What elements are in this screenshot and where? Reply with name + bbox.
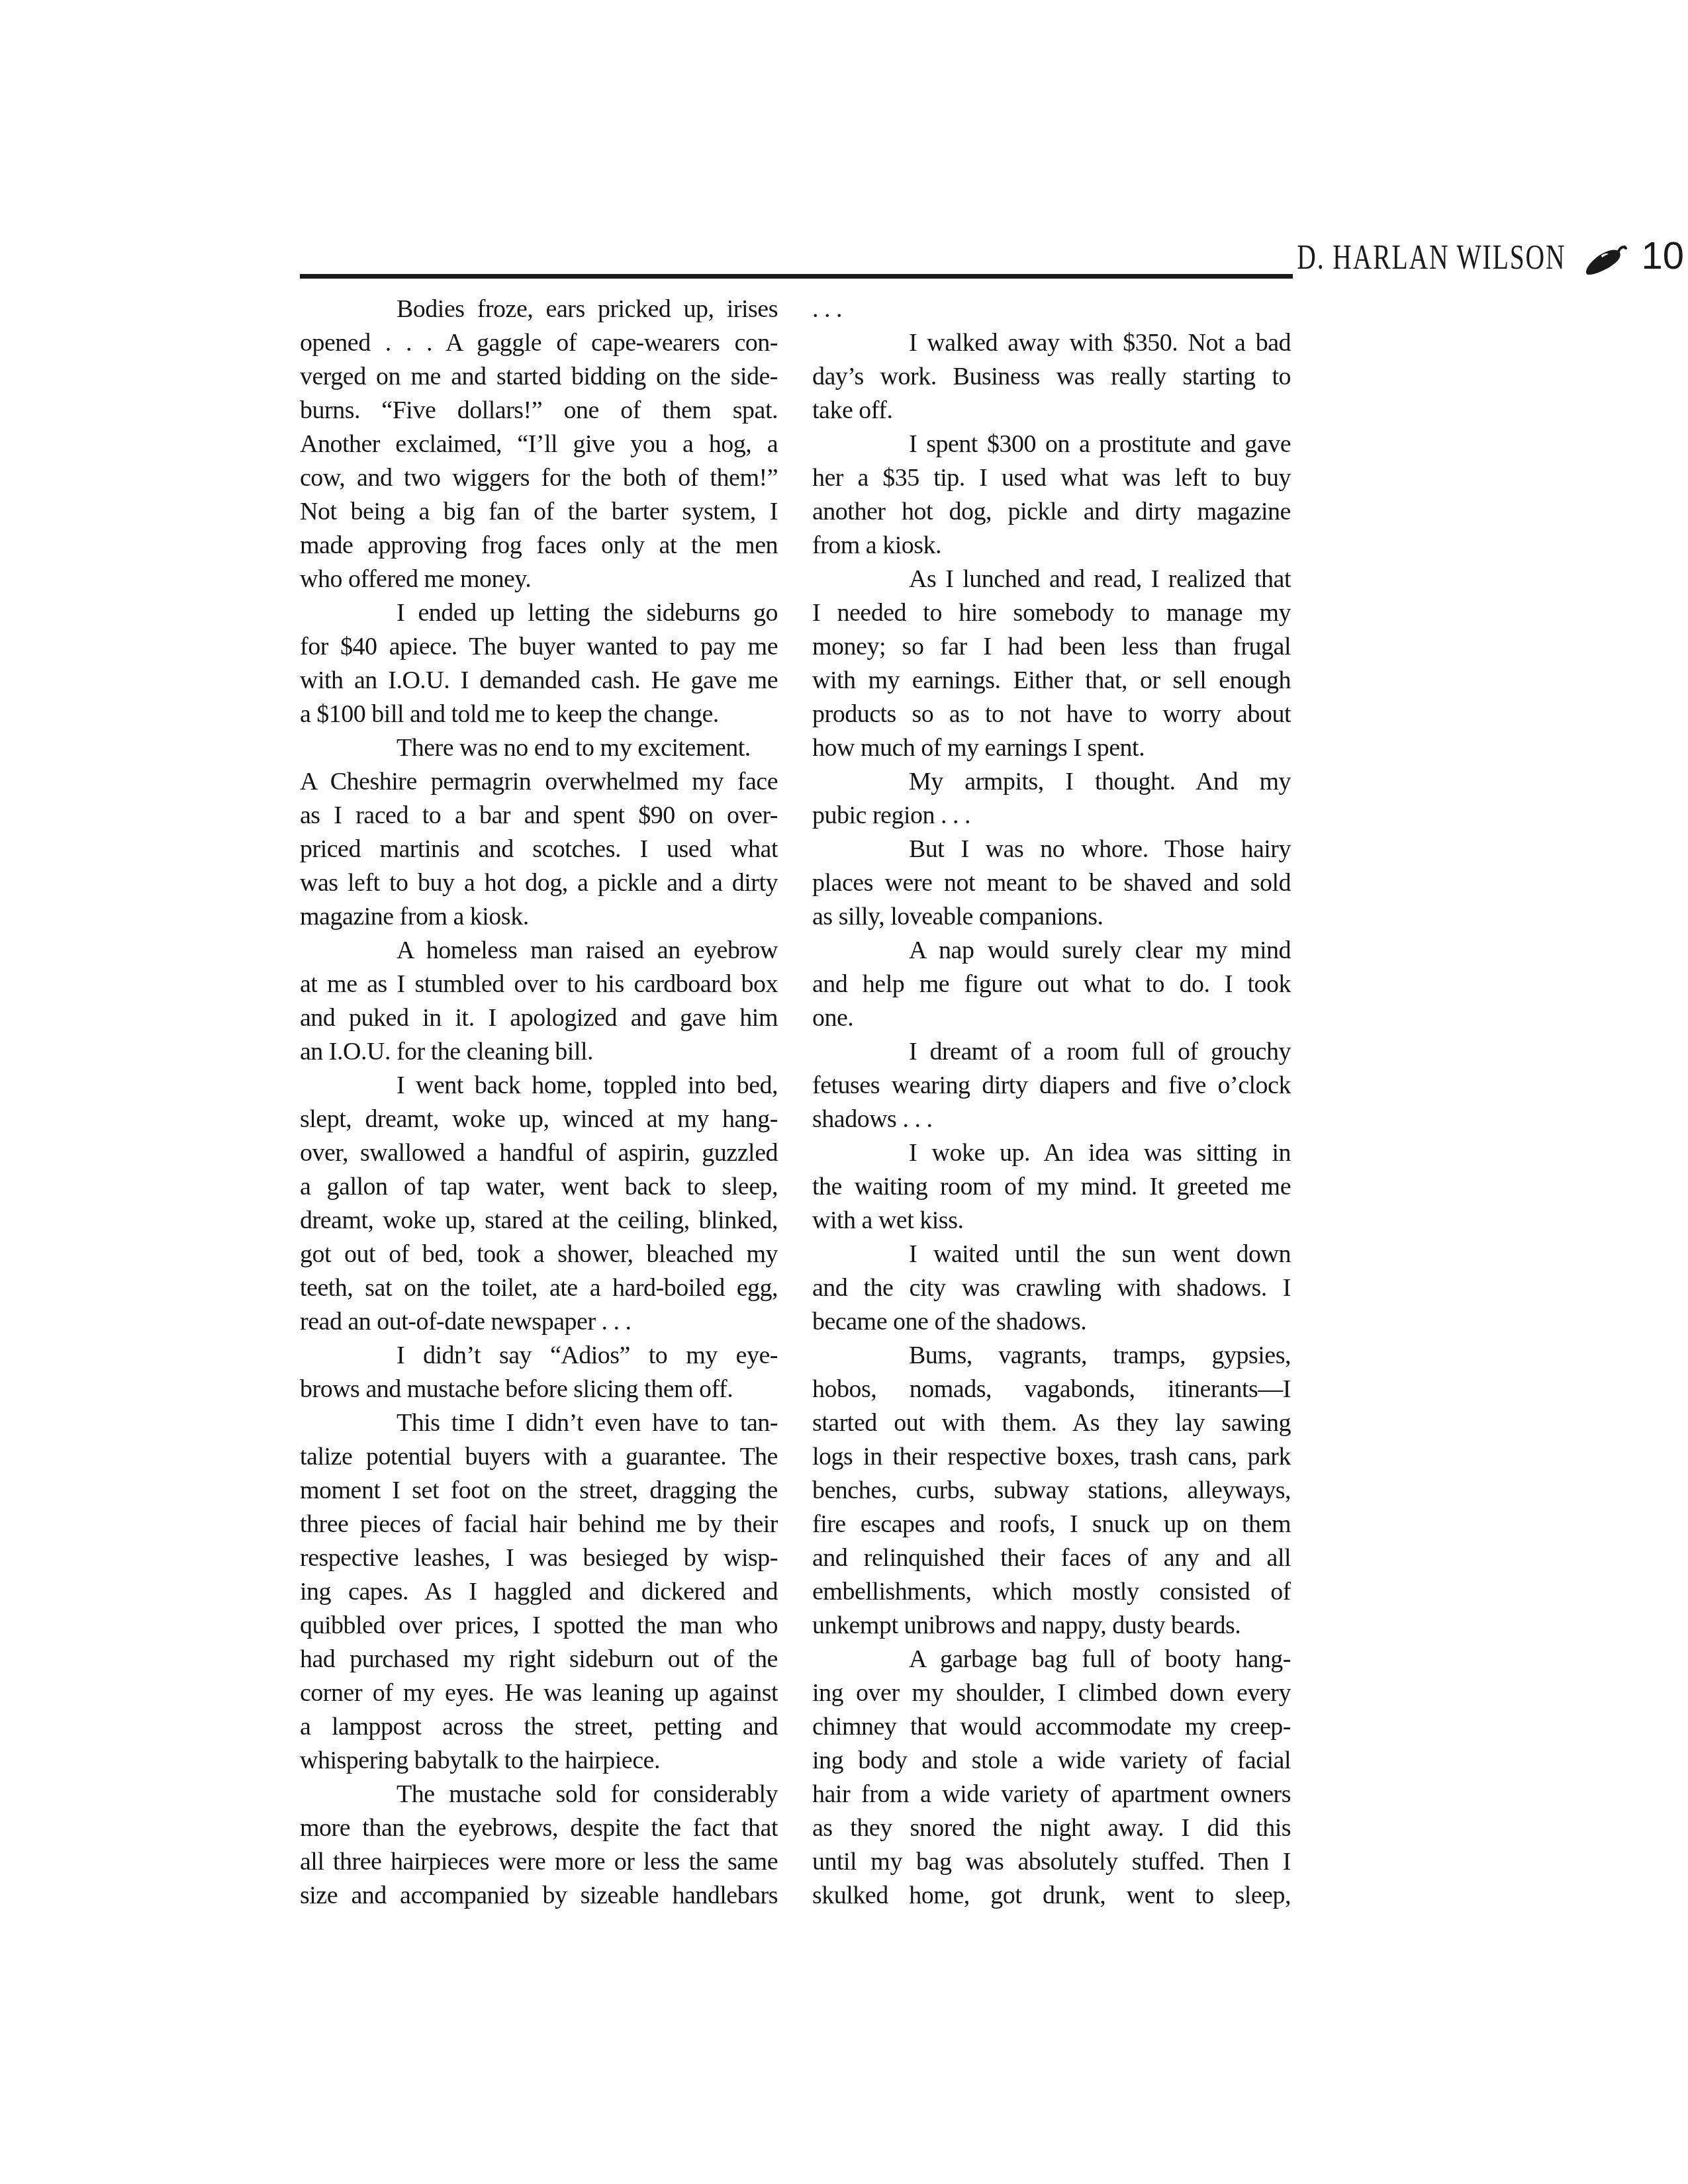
text-line: A garbage bag full of booty hang- bbox=[812, 1643, 1291, 1676]
text-line: skulked home, got drunk, went to sleep, bbox=[812, 1879, 1291, 1913]
text-line: shadows . . . bbox=[812, 1103, 1291, 1136]
text-line: corner of my eyes. He was leaning up aga… bbox=[300, 1676, 778, 1710]
text-line: got out of bed, took a shower, bleached … bbox=[300, 1238, 778, 1271]
text-line: until my bag was absolutely stuffed. The… bbox=[812, 1845, 1291, 1879]
text-line: and relinquished their faces of any and … bbox=[812, 1541, 1291, 1575]
text-line: I waited until the sun went down bbox=[812, 1238, 1291, 1271]
text-line: I needed to hire somebody to manage my bbox=[812, 596, 1291, 630]
text-line: as I raced to a bar and spent $90 on ove… bbox=[300, 799, 778, 833]
text-line: respective leashes, I was besieged by wi… bbox=[300, 1541, 778, 1575]
text-line: and help me figure out what to do. I too… bbox=[812, 968, 1291, 1001]
text-line: more than the eyebrows, despite the fact… bbox=[300, 1811, 778, 1845]
text-line: embellishments, which mostly consisted o… bbox=[812, 1575, 1291, 1609]
text-column-left: Bodies froze, ears pricked up, irisesope… bbox=[300, 293, 778, 1913]
text-line: the waiting room of my mind. It greeted … bbox=[812, 1170, 1291, 1204]
text-line: I dreamt of a room full of grouchy bbox=[812, 1035, 1291, 1069]
text-line: had purchased my right sideburn out of t… bbox=[300, 1643, 778, 1676]
text-line: The mustache sold for considerably bbox=[300, 1778, 778, 1811]
header-rule bbox=[300, 274, 1293, 279]
text-line: . . . bbox=[812, 293, 1291, 326]
text-line: teeth, sat on the toilet, ate a hard-boi… bbox=[300, 1271, 778, 1305]
book-page: D. HARLAN WILSON 10 Bodies froze, ears p… bbox=[0, 0, 1688, 2184]
text-line: pubic region . . . bbox=[812, 799, 1291, 833]
text-line: cow, and two wiggers for the both of the… bbox=[300, 461, 778, 495]
text-line: ing capes. As I haggled and dickered and bbox=[300, 1575, 778, 1609]
text-line: logs in their respective boxes, trash ca… bbox=[812, 1440, 1291, 1474]
text-line: But I was no whore. Those hairy bbox=[812, 833, 1291, 866]
text-line: who offered me money. bbox=[300, 563, 778, 596]
text-line: benches, curbs, subway stations, alleywa… bbox=[812, 1474, 1291, 1508]
text-line: I spent $300 on a prostitute and gave bbox=[812, 428, 1291, 461]
text-line: and puked in it. I apologized and gave h… bbox=[300, 1001, 778, 1035]
text-line: became one of the shadows. bbox=[812, 1305, 1291, 1339]
text-line: talize potential buyers with a guarantee… bbox=[300, 1440, 778, 1474]
text-line: I walked away with $350. Not a bad bbox=[812, 326, 1291, 360]
page-number: 10 bbox=[1641, 237, 1684, 275]
text-line: chimney that would accommodate my creep- bbox=[812, 1710, 1291, 1744]
text-line: slept, dreamt, woke up, winced at my han… bbox=[300, 1103, 778, 1136]
text-line: a $100 bill and told me to keep the chan… bbox=[300, 698, 778, 731]
text-line: with a wet kiss. bbox=[812, 1204, 1291, 1238]
text-line: products so as to not have to worry abou… bbox=[812, 698, 1291, 731]
text-line: I woke up. An idea was sitting in bbox=[812, 1136, 1291, 1170]
text-line: I ended up letting the sideburns go bbox=[300, 596, 778, 630]
text-line: Bums, vagrants, tramps, gypsies, bbox=[812, 1339, 1291, 1373]
text-line: at me as I stumbled over to his cardboar… bbox=[300, 968, 778, 1001]
text-line: size and accompanied by sizeable handleb… bbox=[300, 1879, 778, 1913]
text-line: brows and mustache before slicing them o… bbox=[300, 1373, 778, 1406]
text-line: another hot dog, pickle and dirty magazi… bbox=[812, 495, 1291, 529]
text-line: places were not meant to be shaved and s… bbox=[812, 866, 1291, 900]
text-line: with my earnings. Either that, or sell e… bbox=[812, 664, 1291, 698]
text-line: priced martinis and scotches. I used wha… bbox=[300, 833, 778, 866]
text-line: with an I.O.U. I demanded cash. He gave … bbox=[300, 664, 778, 698]
text-line: whispering babytalk to the hairpiece. bbox=[300, 1744, 778, 1778]
page-header-author: D. HARLAN WILSON bbox=[1297, 241, 1566, 275]
text-line: A nap would surely clear my mind bbox=[812, 934, 1291, 968]
text-line: quibbled over prices, I spotted the man … bbox=[300, 1609, 778, 1643]
text-line: was left to buy a hot dog, a pickle and … bbox=[300, 866, 778, 900]
text-line: hobos, nomads, vagabonds, itinerants—I bbox=[812, 1373, 1291, 1406]
text-line: dreamt, woke up, stared at the ceiling, … bbox=[300, 1204, 778, 1238]
text-line: a gallon of tap water, went back to slee… bbox=[300, 1170, 778, 1204]
text-line: over, swallowed a handful of aspirin, gu… bbox=[300, 1136, 778, 1170]
text-line: A homeless man raised an eyebrow bbox=[300, 934, 778, 968]
text-line: a lamppost across the street, petting an… bbox=[300, 1710, 778, 1744]
text-line: three pieces of facial hair behind me by… bbox=[300, 1508, 778, 1541]
text-line: moment I set foot on the street, draggin… bbox=[300, 1474, 778, 1508]
text-line: all three hairpieces were more or less t… bbox=[300, 1845, 778, 1879]
text-line: Not being a big fan of the barter system… bbox=[300, 495, 778, 529]
text-line: take off. bbox=[812, 394, 1291, 428]
text-line: I didn’t say “Adios” to my eye- bbox=[300, 1339, 778, 1373]
text-line: unkempt unibrows and nappy, dusty beards… bbox=[812, 1609, 1291, 1643]
text-line: as they snored the night away. I did thi… bbox=[812, 1811, 1291, 1845]
text-line: My armpits, I thought. And my bbox=[812, 765, 1291, 799]
text-line: and the city was crawling with shadows. … bbox=[812, 1271, 1291, 1305]
text-line: Another exclaimed, “I’ll give you a hog,… bbox=[300, 428, 778, 461]
text-line: This time I didn’t even have to tan- bbox=[300, 1406, 778, 1440]
text-line: from a kiosk. bbox=[812, 529, 1291, 563]
text-line: made approving frog faces only at the me… bbox=[300, 529, 778, 563]
text-line: an I.O.U. for the cleaning bill. bbox=[300, 1035, 778, 1069]
text-line: ing over my shoulder, I climbed down eve… bbox=[812, 1676, 1291, 1710]
text-line: As I lunched and read, I realized that bbox=[812, 563, 1291, 596]
text-line: read an out-of-date newspaper . . . bbox=[300, 1305, 778, 1339]
text-line: one. bbox=[812, 1001, 1291, 1035]
text-line: There was no end to my excitement. bbox=[300, 731, 778, 765]
text-line: I went back home, toppled into bed, bbox=[300, 1069, 778, 1103]
text-line: verged on me and started bidding on the … bbox=[300, 360, 778, 394]
text-line: burns. “Five dollars!” one of them spat. bbox=[300, 394, 778, 428]
text-line: day’s work. Business was really starting… bbox=[812, 360, 1291, 394]
text-column-right: . . .I walked away with $350. Not a badd… bbox=[812, 293, 1291, 1913]
text-line: fire escapes and roofs, I snuck up on th… bbox=[812, 1508, 1291, 1541]
text-line: Bodies froze, ears pricked up, irises bbox=[300, 293, 778, 326]
text-line: A Cheshire permagrin overwhelmed my face bbox=[300, 765, 778, 799]
text-line: opened . . . A gaggle of cape-wearers co… bbox=[300, 326, 778, 360]
text-line: ing body and stole a wide variety of fac… bbox=[812, 1744, 1291, 1778]
text-line: hair from a wide variety of apartment ow… bbox=[812, 1778, 1291, 1811]
text-line: how much of my earnings I spent. bbox=[812, 731, 1291, 765]
text-line: magazine from a kiosk. bbox=[300, 900, 778, 934]
text-line: started out with them. As they lay sawin… bbox=[812, 1406, 1291, 1440]
text-line: money; so far I had been less than fruga… bbox=[812, 630, 1291, 664]
text-line: for $40 apiece. The buyer wanted to pay … bbox=[300, 630, 778, 664]
pepper-icon bbox=[1585, 242, 1627, 275]
text-line: as silly, loveable companions. bbox=[812, 900, 1291, 934]
text-line: fetuses wearing dirty diapers and five o… bbox=[812, 1069, 1291, 1103]
text-line: her a $35 tip. I used what was left to b… bbox=[812, 461, 1291, 495]
